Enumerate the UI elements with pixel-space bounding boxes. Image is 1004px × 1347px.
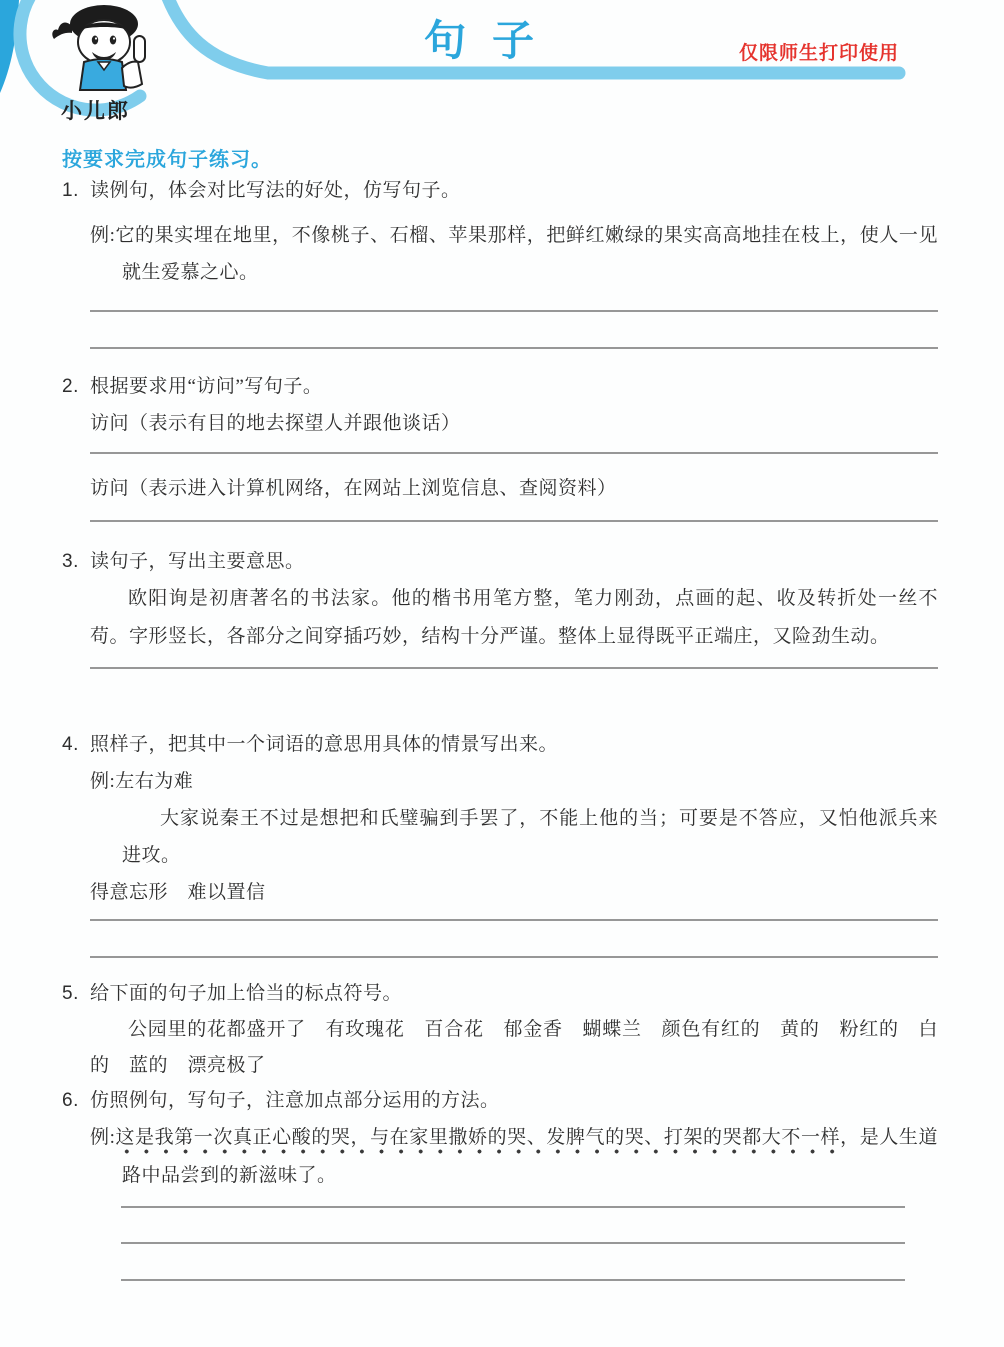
exercise-item-6: 6. 仿照例句，写句子，注意加点部分运用的方法。 例:这是我第一次真正心酸的哭，…	[90, 1082, 938, 1281]
answer-line	[121, 1206, 905, 1208]
worksheet-page: 小儿郎 句子 仅限师生打印使用 按要求完成句子练习。 1. 读例句，体会对比写法…	[0, 0, 1004, 1347]
item-number: 6.	[62, 1082, 79, 1119]
exercise-item-3: 3. 读句子，写出主要意思。 欧阳询是初唐著名的书法家。他的楷书用笔方整，笔力刚…	[90, 543, 938, 669]
answer-line	[90, 667, 938, 669]
item-number: 2.	[62, 368, 79, 405]
exercise-item-4: 4. 照样子，把其中一个词语的意思用具体的情景写出来。 例:左右为难 大家说秦王…	[90, 726, 938, 958]
dotted-example-sentence: 例:这是我第一次真正心酸的哭，与在家里撒娇的哭、发脾气的哭、打架的哭都大不一样，…	[90, 1119, 938, 1195]
answer-line	[121, 1242, 905, 1244]
reading-passage: 欧阳询是初唐著名的书法家。他的楷书用笔方整，笔力刚劲，点画的起、收及转折处一丝不…	[90, 580, 938, 655]
item-prompt: 给下面的句子加上恰当的标点符号。	[90, 976, 938, 1012]
item-number: 3.	[62, 543, 79, 580]
answer-line	[90, 452, 938, 454]
item-number: 5.	[62, 976, 79, 1012]
example-prefix: 例:	[90, 1127, 115, 1148]
example-sentence: 例:它的果实埋在地里，不像桃子、石榴、苹果那样，把鲜红嫩绿的果实高高地挂在枝上，…	[90, 217, 938, 291]
item-prompt: 根据要求用“访问”写句子。	[90, 368, 938, 405]
mascot-illustration	[52, 5, 145, 90]
word-definition-visit-person: 访问（表示有目的地去探望人并跟他谈话）	[90, 405, 938, 442]
mascot-label: 小儿郎	[61, 95, 130, 125]
dotted-emphasis-text: 这是我第一次真正心酸的哭，与在家里撒娇的哭、发脾气的哭、打架的哭都大不一样	[115, 1127, 840, 1155]
exercise-item-5: 5. 给下面的句子加上恰当的标点符号。 公园里的花都盛开了 有玫瑰花 百合花 郁…	[90, 976, 938, 1084]
item-prompt: 读例句，体会对比写法的好处，仿写句子。	[90, 172, 938, 209]
word-options: 得意忘形 难以置信	[90, 874, 938, 911]
answer-line	[90, 347, 938, 349]
example-body: 大家说秦王不过是想把和氏璧骗到手罢了，不能上他的当；可要是不答应，又怕他派兵来进…	[122, 800, 938, 874]
example-label: 例:左右为难	[90, 763, 938, 800]
answer-line	[90, 956, 938, 958]
answer-line	[90, 310, 938, 312]
exercise-item-1: 1. 读例句，体会对比写法的好处，仿写句子。 例:它的果实埋在地里，不像桃子、石…	[90, 172, 938, 349]
word-definition-visit-web: 访问（表示进入计算机网络，在网站上浏览信息、查阅资料）	[90, 470, 938, 507]
answer-line	[121, 1279, 905, 1281]
item-prompt: 照样子，把其中一个词语的意思用具体的情景写出来。	[90, 726, 938, 763]
page-title: 句子	[424, 8, 560, 68]
answer-line	[90, 919, 938, 921]
item-number: 1.	[62, 172, 79, 209]
section-instruction: 按要求完成句子练习。	[62, 143, 272, 172]
print-notice: 仅限师生打印使用	[739, 38, 899, 65]
exercise-item-2: 2. 根据要求用“访问”写句子。 访问（表示有目的地去探望人并跟他谈话） 访问（…	[90, 368, 938, 522]
item-number: 4.	[62, 726, 79, 763]
punctuation-sentence: 公园里的花都盛开了 有玫瑰花 百合花 郁金香 蝴蝶兰 颜色有红的 黄的 粉红的 …	[90, 1012, 938, 1084]
item-prompt: 读句子，写出主要意思。	[90, 543, 938, 580]
item-prompt: 仿照例句，写句子，注意加点部分运用的方法。	[90, 1082, 938, 1119]
answer-line	[90, 520, 938, 522]
